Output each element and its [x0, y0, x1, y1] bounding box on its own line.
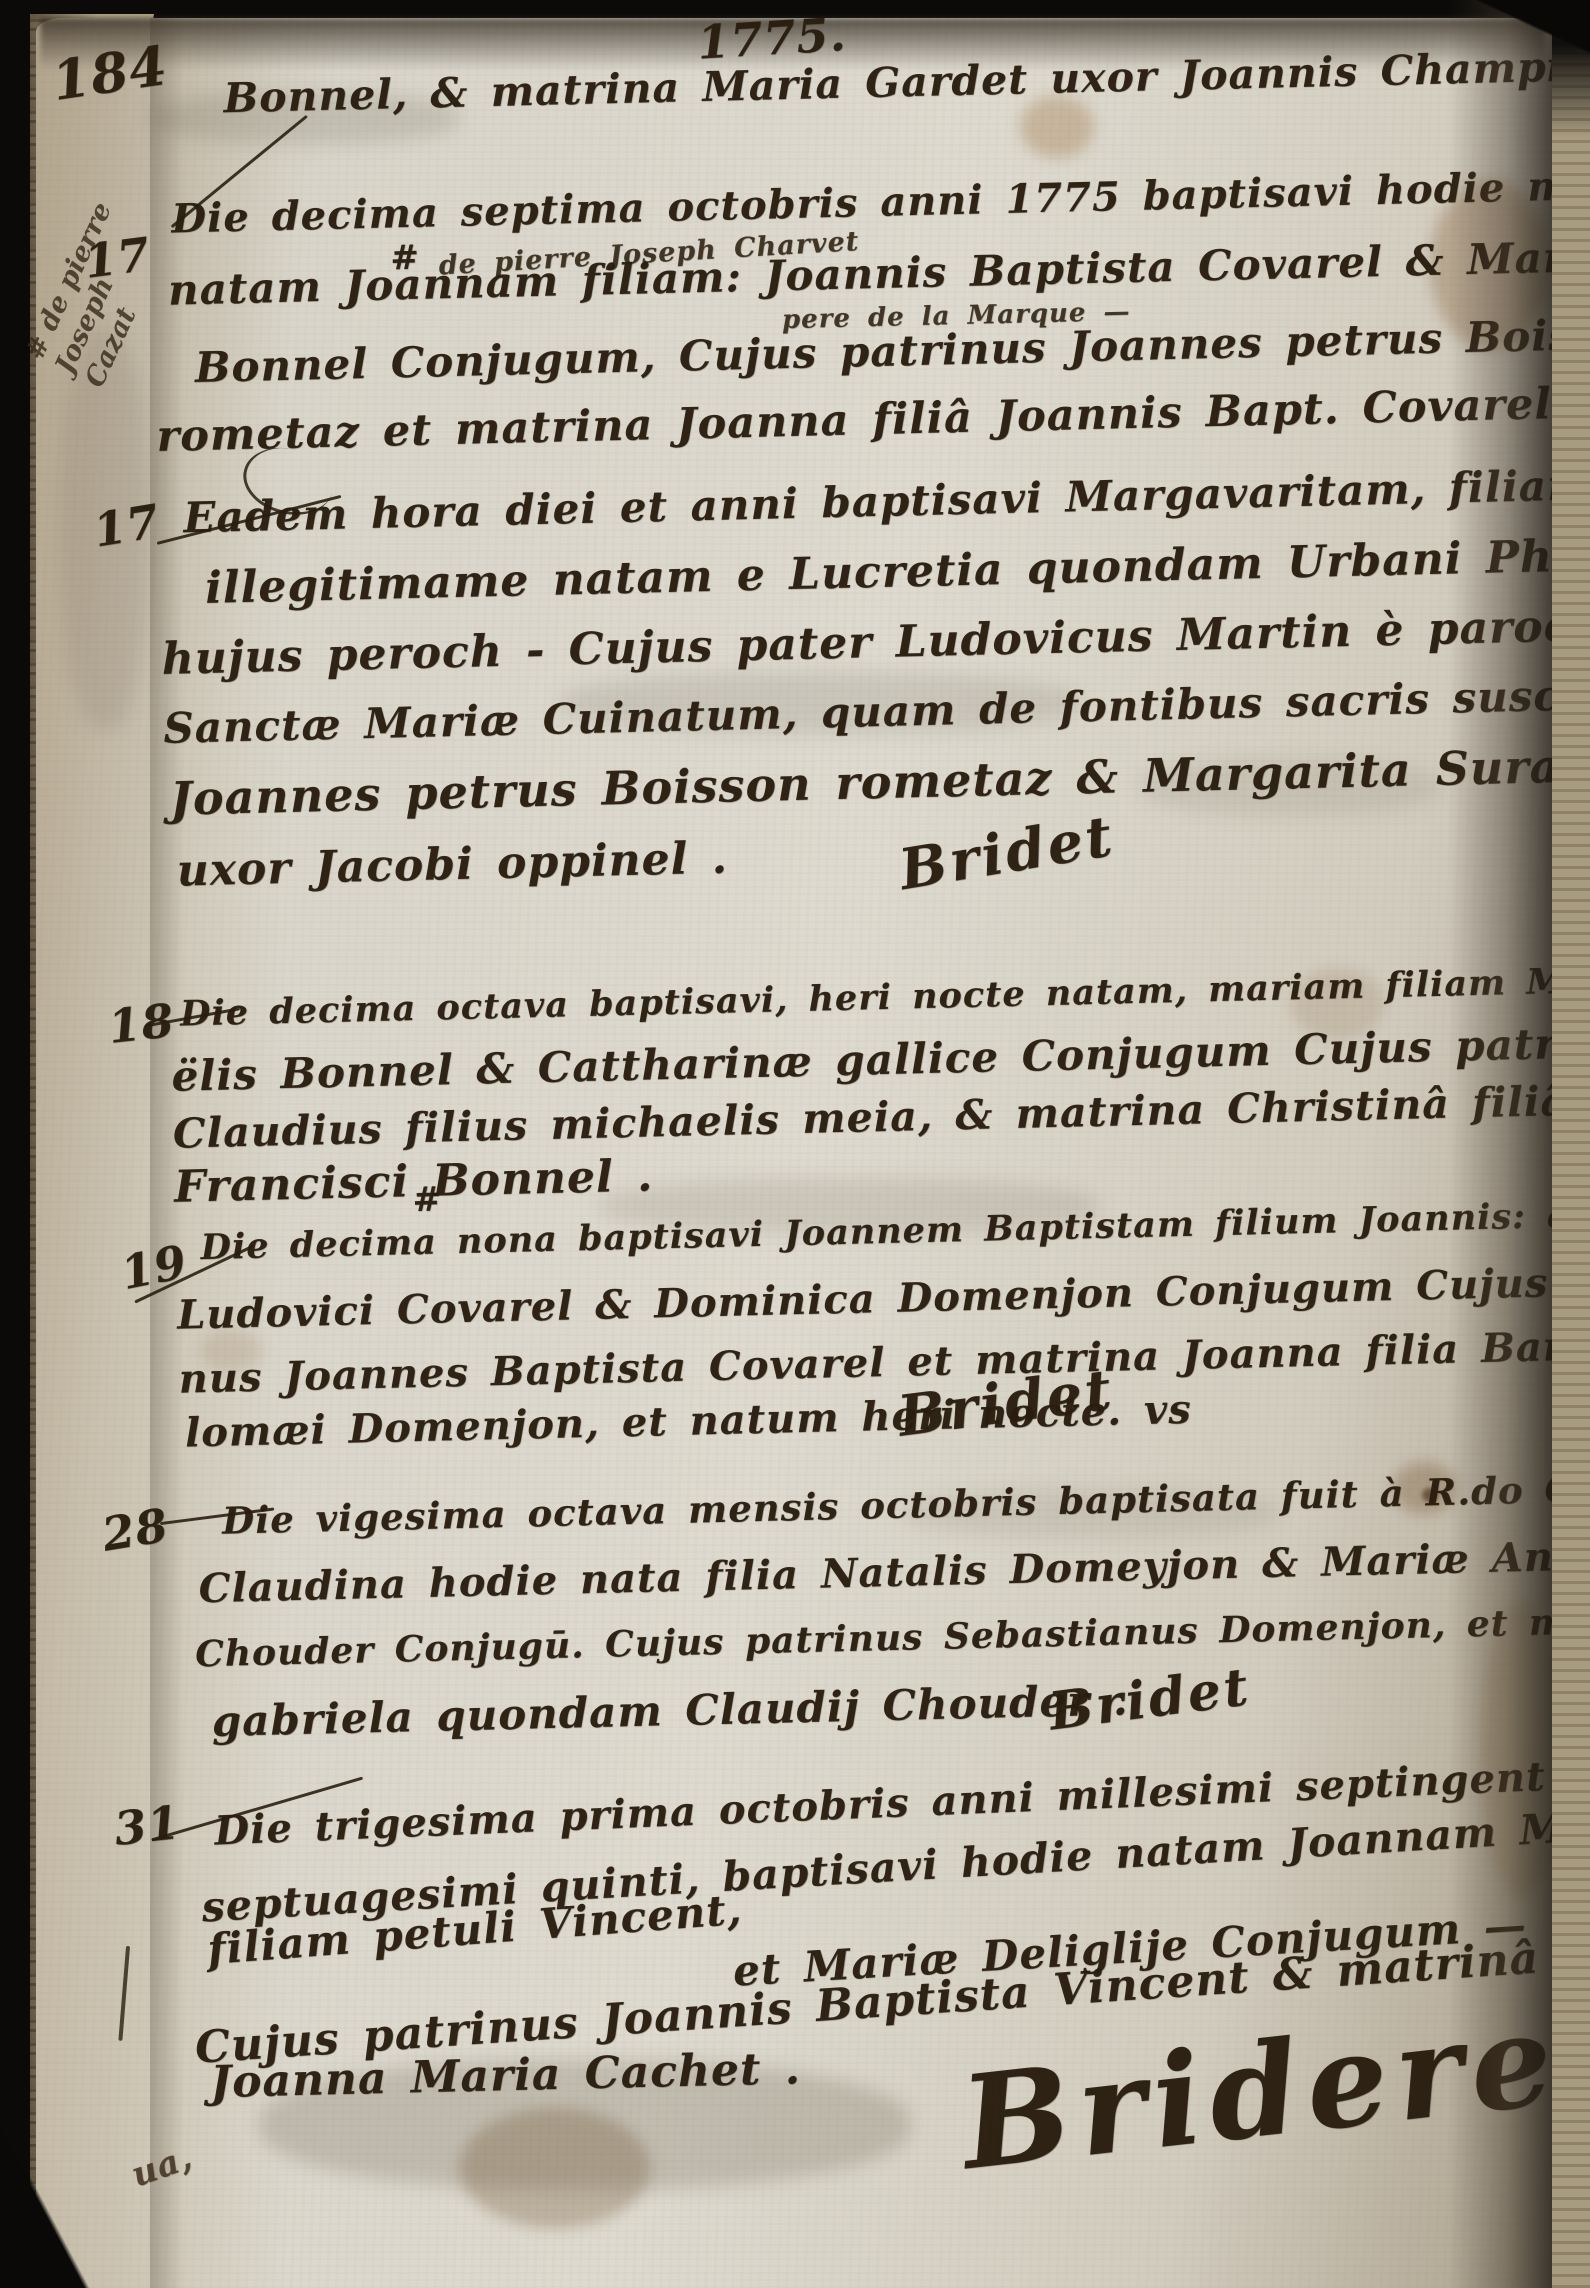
- margin-day-number: 28: [98, 1498, 172, 1562]
- margin-annotation: # de pierre Joseph Cazat: [18, 197, 179, 392]
- entry-line: illegitimame natam e Lucretia quondam Ur…: [205, 528, 1590, 614]
- adjacent-page-edge: [1552, 0, 1590, 2288]
- margin-day-number: 17: [81, 227, 153, 289]
- entry-line: Chouder Conjugū. Cujus patrinus Sebastia…: [195, 1598, 1590, 1675]
- entry-line: uxor Jacobi oppinel .: [176, 833, 728, 897]
- entry-line: Sanctæ Mariæ Cuinatum, quam de fontibus …: [163, 669, 1590, 753]
- page-gutter-shadow: [1448, 0, 1554, 2288]
- entry-line: Eadem hora diei et anni baptisavi Margav…: [183, 460, 1590, 542]
- entry-line: Claudina hodie nata filia Natalis Domeyj…: [198, 1530, 1590, 1612]
- entry-line: Die vigesima octava mensis octobris bapt…: [222, 1464, 1590, 1542]
- manuscript-photo: 184 1775. Bonnel, & matrina Maria Gardet…: [0, 0, 1590, 2288]
- entry-line: Bonnel, & matrina Maria Gardet uxor Joan…: [223, 40, 1590, 122]
- margin-day-number: 31: [111, 1795, 183, 1856]
- handwriting-block: 184 1775. Bonnel, & matrina Maria Gardet…: [0, 0, 1590, 2288]
- folio-number: 184: [48, 33, 172, 113]
- insertion-mark: #: [412, 1179, 442, 1220]
- entry-line: rometaz et matrina Joanna filiâ Joannis …: [156, 378, 1590, 462]
- priest-signature: Bridet: [895, 803, 1120, 903]
- margin-day-number: 17: [90, 494, 164, 558]
- entry-line: Ludovici Covarel & Dominica Domenjon Con…: [177, 1256, 1590, 1339]
- background-corner: [0, 2120, 175, 2288]
- priest-signature: Bridet: [1045, 1656, 1254, 1742]
- entry-line: Joannes petrus Boisson rometaz & Margari…: [169, 737, 1590, 826]
- entry-line: Die decima septima octobris anni 1775 ba…: [171, 161, 1590, 243]
- ink-stroke: [118, 1946, 130, 2041]
- background-corner: [1470, 0, 1590, 95]
- entry-line: gabriela quondam Claudij Chouder .: [211, 1675, 1129, 1746]
- entry-line: hujus peroch - Cujus pater Ludovicus Mar…: [161, 599, 1590, 684]
